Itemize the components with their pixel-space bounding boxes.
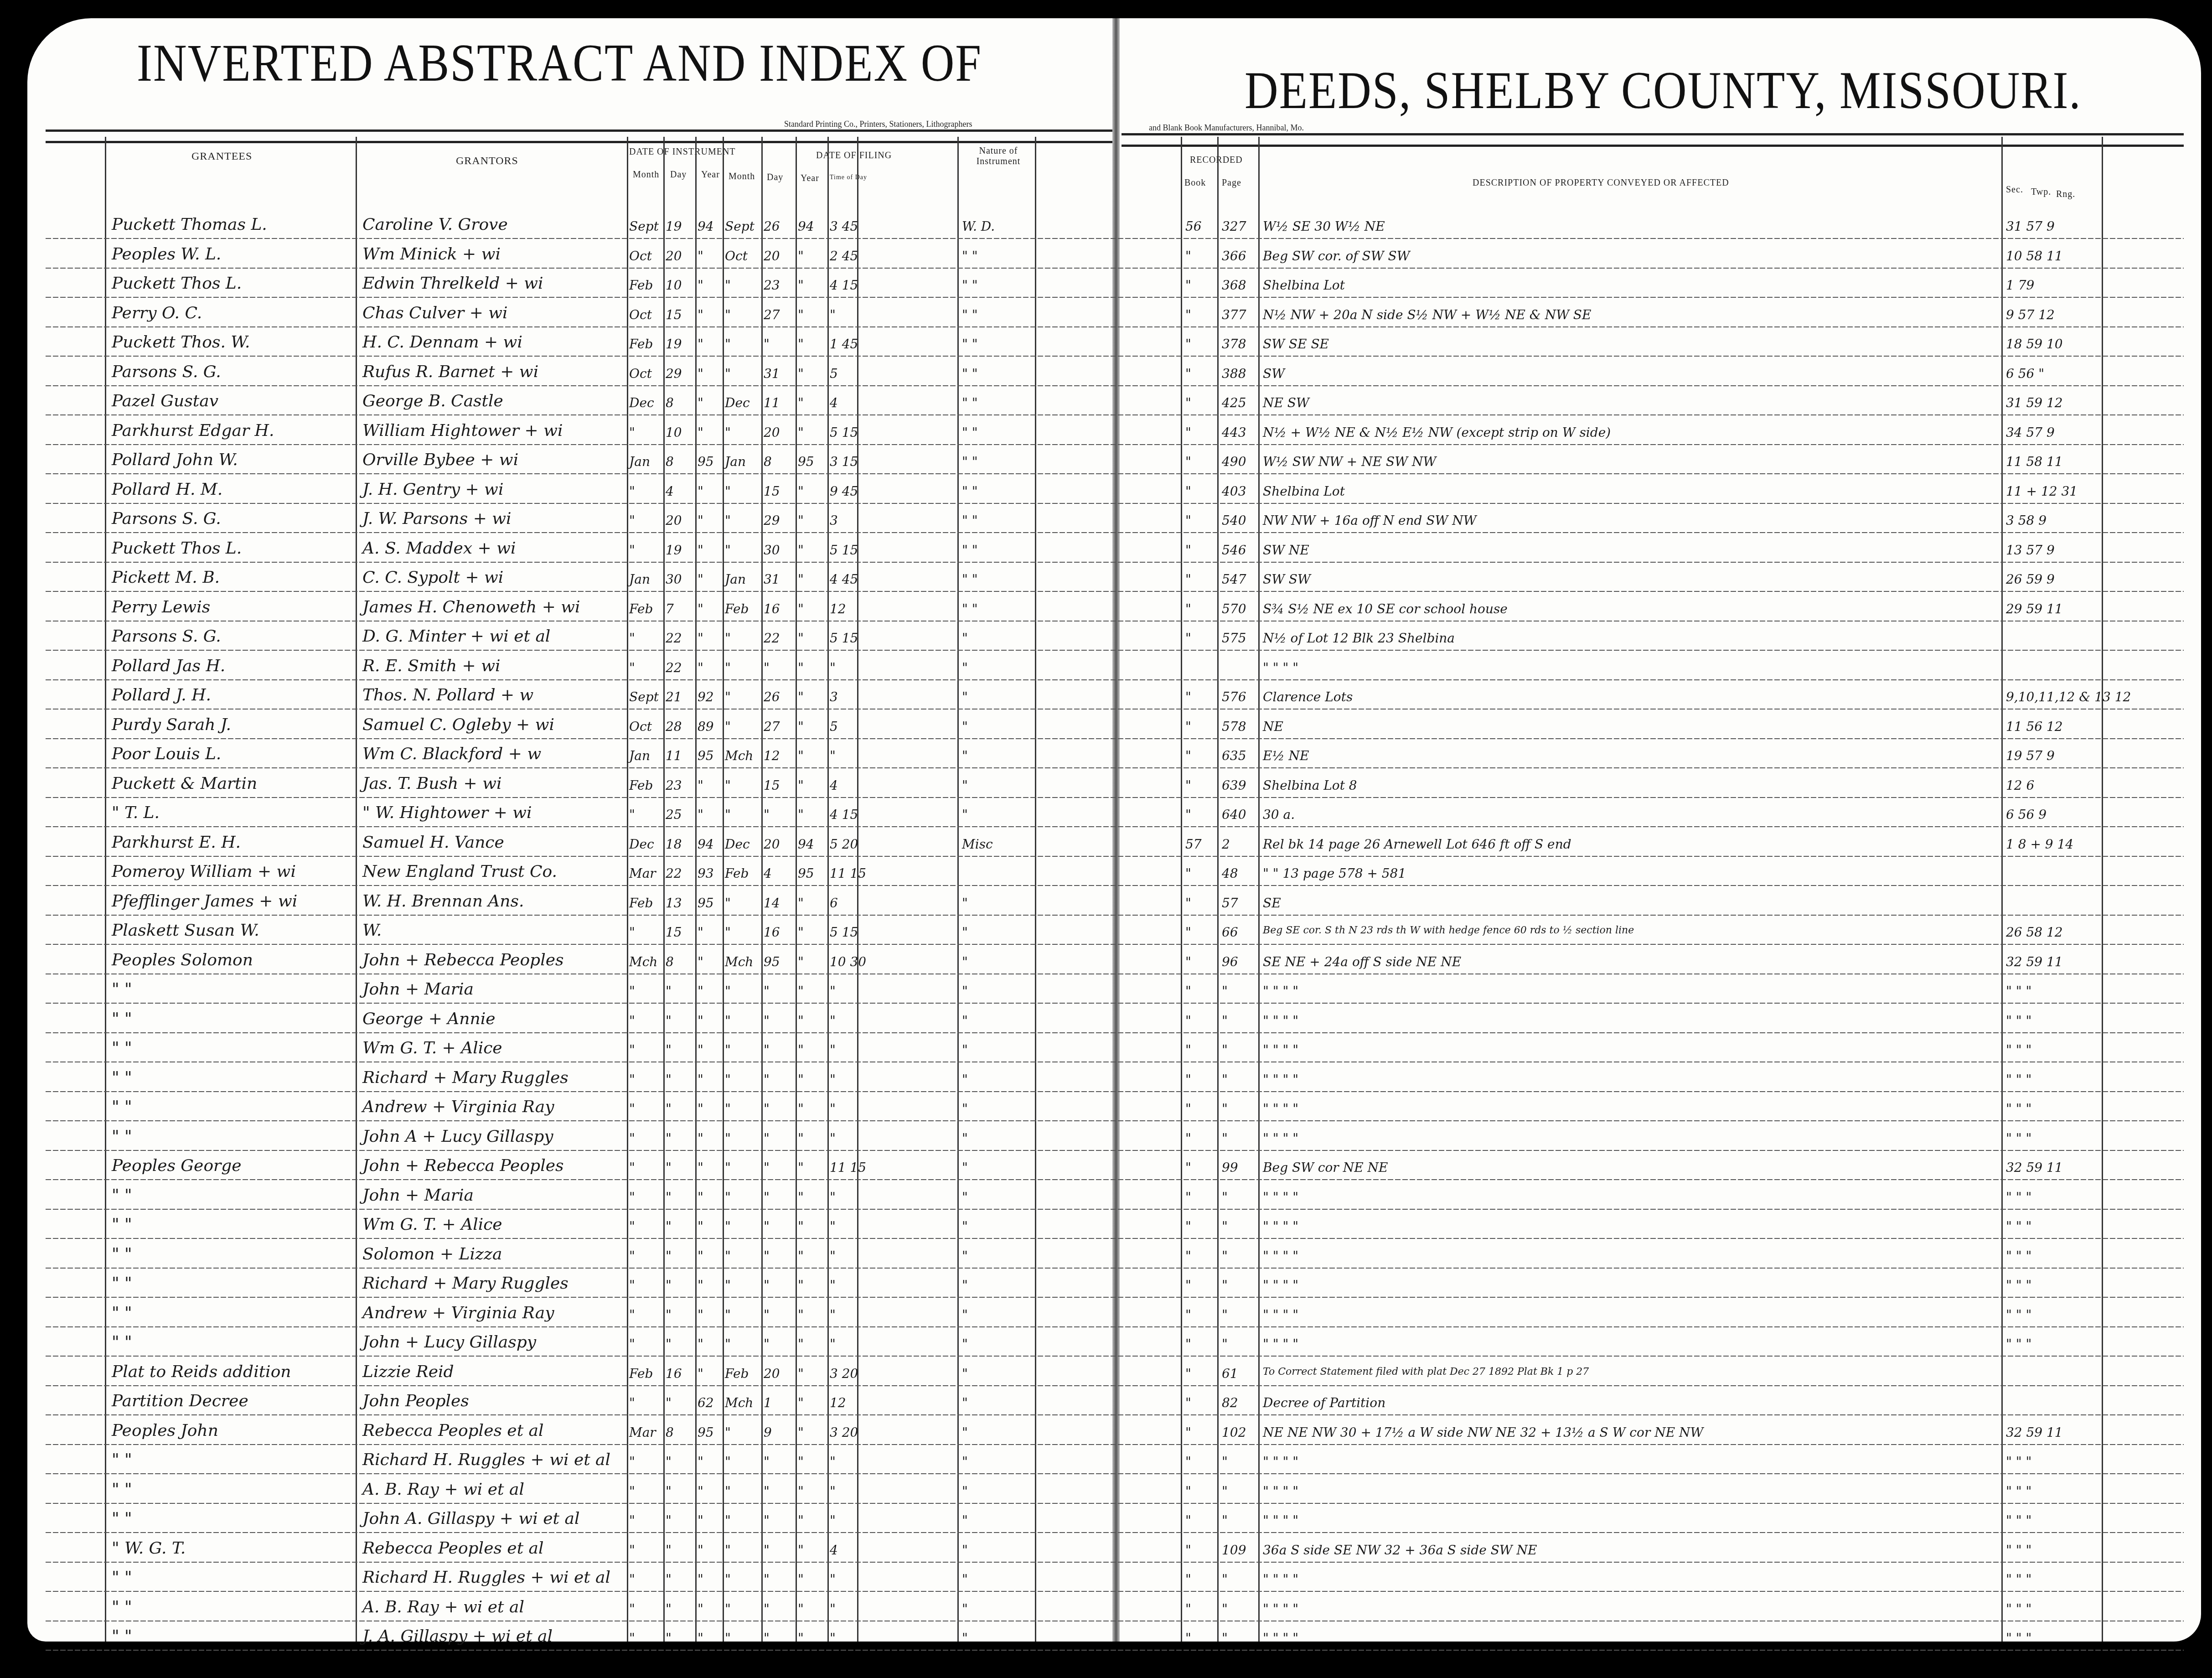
cell-str: 11 58 11 bbox=[2006, 454, 2063, 469]
cell-grantor: Rufus R. Barnet + wi bbox=[362, 363, 538, 381]
cell-grantee: Pollard H. M. bbox=[112, 480, 222, 499]
cell-fd: 20 bbox=[764, 837, 780, 852]
cell-page: 570 bbox=[1222, 601, 1246, 616]
row-rule bbox=[46, 1062, 2184, 1062]
cell-iy: 89 bbox=[698, 719, 714, 734]
cell-time: 1 45 bbox=[830, 337, 858, 352]
cell-id: 19 bbox=[666, 219, 682, 234]
cell-fd: " bbox=[764, 1454, 770, 1469]
row-rule bbox=[46, 738, 2184, 739]
cell-book: " bbox=[1185, 1190, 1191, 1205]
cell-book: " bbox=[1185, 278, 1191, 293]
cell-grantee: Pazel Gustav bbox=[112, 392, 218, 410]
cell-grantee: " " bbox=[112, 1098, 132, 1116]
cell-str: " " " bbox=[2006, 1543, 2031, 1558]
cell-iy: 95 bbox=[698, 454, 714, 469]
cell-grantor: Rebecca Peoples et al bbox=[362, 1539, 544, 1558]
column-divider bbox=[796, 137, 797, 1642]
row-rule bbox=[46, 1268, 2184, 1269]
cell-nature: " bbox=[962, 1543, 968, 1558]
row-rule bbox=[46, 1120, 2184, 1121]
cell-time: " bbox=[830, 1101, 836, 1116]
cell-page: 635 bbox=[1222, 748, 1246, 763]
cell-id: 10 bbox=[666, 425, 682, 440]
cell-page: 443 bbox=[1222, 425, 1246, 440]
cell-str: 9 57 12 bbox=[2006, 307, 2055, 322]
cell-fy: 94 bbox=[798, 219, 814, 234]
cell-fy: " bbox=[798, 395, 804, 410]
row-rule bbox=[46, 944, 2184, 945]
col-header-rng: Rng. bbox=[2056, 189, 2075, 200]
cell-str: 32 59 11 bbox=[2006, 1425, 2063, 1440]
cell-page: " bbox=[1222, 984, 1228, 999]
cell-grantee: " T. L. bbox=[112, 803, 160, 822]
page-title-left: INVERTED ABSTRACT AND INDEX OF bbox=[137, 32, 982, 94]
cell-grantor: Lizzie Reid bbox=[362, 1362, 454, 1381]
cell-fy: " bbox=[798, 1395, 804, 1410]
cell-nature: " " bbox=[962, 601, 978, 616]
cell-id: 22 bbox=[666, 866, 682, 881]
cell-book: " bbox=[1185, 1395, 1191, 1410]
cell-grantor: J. W. Parsons + wi bbox=[362, 509, 512, 528]
cell-grantor: R. E. Smith + wi bbox=[362, 657, 501, 675]
row-rule bbox=[46, 1179, 2184, 1180]
cell-fm: Jan bbox=[725, 572, 746, 587]
cell-im: " bbox=[629, 1454, 635, 1469]
cell-nature: " bbox=[962, 1101, 968, 1116]
cell-str: 18 59 10 bbox=[2006, 337, 2063, 352]
cell-grantor: John Peoples bbox=[362, 1392, 469, 1410]
col-header-inst-day: Day bbox=[670, 170, 687, 180]
cell-book: " bbox=[1185, 454, 1191, 469]
cell-nature: " bbox=[962, 1601, 968, 1616]
cell-nature: " bbox=[962, 954, 968, 969]
cell-page: 82 bbox=[1222, 1395, 1238, 1410]
cell-time: 4 15 bbox=[830, 278, 858, 293]
row-rule bbox=[46, 297, 2184, 298]
cell-fm: " bbox=[725, 984, 731, 999]
cell-id: 11 bbox=[666, 748, 682, 763]
cell-fd: " bbox=[764, 1248, 770, 1264]
cell-fd: 11 bbox=[764, 395, 780, 410]
cell-time: " bbox=[830, 1631, 836, 1646]
cell-fy: " bbox=[798, 1454, 804, 1469]
cell-desc: Rel bk 14 page 26 Arnewell Lot 646 ft of… bbox=[1263, 837, 1571, 852]
cell-nature: " bbox=[962, 1042, 968, 1057]
column-divider bbox=[663, 137, 665, 1642]
cell-nature: " bbox=[962, 1366, 968, 1381]
col-header-file-year: Year bbox=[801, 173, 819, 184]
cell-id: 10 bbox=[666, 278, 682, 293]
cell-nature: " bbox=[962, 807, 968, 822]
column-divider bbox=[761, 137, 763, 1642]
cell-fd: " bbox=[764, 337, 770, 352]
row-rule bbox=[46, 1032, 2184, 1033]
cell-page: 99 bbox=[1222, 1160, 1238, 1175]
cell-fm: " bbox=[725, 1278, 731, 1293]
cell-fm: " bbox=[725, 1601, 731, 1616]
cell-grantor: New England Trust Co. bbox=[362, 862, 557, 881]
row-rule bbox=[46, 974, 2184, 974]
cell-page: " bbox=[1222, 1484, 1228, 1499]
cell-grantee: Pollard J. H. bbox=[112, 686, 211, 704]
cell-id: 30 bbox=[666, 572, 682, 587]
cell-page: " bbox=[1222, 1513, 1228, 1528]
cell-time: " bbox=[830, 1013, 836, 1028]
cell-time: 4 bbox=[830, 395, 838, 410]
cell-id: " bbox=[666, 1013, 672, 1028]
cell-time: 5 15 bbox=[830, 543, 858, 558]
cell-grantee: " " bbox=[112, 1509, 132, 1528]
cell-iy: " bbox=[698, 484, 703, 499]
cell-grantor: Richard H. Ruggles + wi et al bbox=[362, 1568, 610, 1587]
cell-time: 4 15 bbox=[830, 807, 858, 822]
cell-im: Feb bbox=[629, 278, 653, 293]
row-rule bbox=[46, 562, 2184, 563]
cell-id: " bbox=[666, 1190, 672, 1205]
cell-grantor: Richard + Mary Ruggles bbox=[362, 1274, 569, 1293]
col-header-book: Book bbox=[1184, 178, 1206, 188]
cell-str: 31 57 9 bbox=[2006, 219, 2055, 234]
cell-fy: " bbox=[798, 807, 804, 822]
row-rule bbox=[46, 356, 2184, 357]
cell-grantee: Pomeroy William + wi bbox=[112, 862, 296, 881]
cell-grantor: Solomon + Lizza bbox=[362, 1245, 502, 1264]
cell-iy: " bbox=[698, 1336, 703, 1352]
cell-page: 425 bbox=[1222, 395, 1246, 410]
cell-desc: Shelbina Lot bbox=[1263, 484, 1345, 499]
cell-fy: " bbox=[798, 1248, 804, 1264]
cell-str: " " " bbox=[2006, 1454, 2031, 1469]
cell-str: " " " bbox=[2006, 1072, 2031, 1087]
cell-id: 20 bbox=[666, 513, 682, 528]
cell-grantee: Puckett Thos L. bbox=[112, 539, 242, 558]
cell-fm: " bbox=[725, 1013, 731, 1028]
row-rule bbox=[46, 885, 2184, 886]
cell-fy: " bbox=[798, 1072, 804, 1087]
cell-iy: " bbox=[698, 954, 703, 969]
cell-fd: 26 bbox=[764, 689, 780, 704]
row-rule bbox=[46, 826, 2184, 827]
cell-im: Jan bbox=[629, 748, 650, 763]
cell-fd: " bbox=[764, 1336, 770, 1352]
cell-nature: " bbox=[962, 1572, 968, 1587]
cell-grantee: Pickett M. B. bbox=[112, 568, 220, 587]
cell-grantee: Pollard Jas H. bbox=[112, 657, 225, 675]
cell-im: Mar bbox=[629, 866, 656, 881]
col-header-twp: Twp. bbox=[2031, 187, 2051, 197]
cell-fy: " bbox=[798, 1101, 804, 1116]
cell-desc: " " " " bbox=[1263, 984, 1298, 999]
cell-fd: " bbox=[764, 1513, 770, 1528]
cell-id: 15 bbox=[666, 925, 682, 940]
cell-grantor: W. bbox=[362, 921, 382, 940]
row-rule bbox=[46, 767, 2184, 768]
cell-id: 21 bbox=[666, 689, 682, 704]
cell-fd: 20 bbox=[764, 1366, 780, 1381]
cell-time: " bbox=[830, 1278, 836, 1293]
cell-grantee: " " bbox=[112, 1274, 132, 1293]
cell-desc: " " " " bbox=[1263, 1601, 1298, 1616]
cell-fy: 95 bbox=[798, 454, 814, 469]
cell-page: 61 bbox=[1222, 1366, 1238, 1381]
cell-desc: " " " " bbox=[1263, 1072, 1298, 1087]
cell-str: " " " bbox=[2006, 1278, 2031, 1293]
col-header-date-instrument: DATE OF INSTRUMENT bbox=[629, 147, 736, 157]
cell-time: 4 bbox=[830, 1543, 838, 1558]
cell-id: " bbox=[666, 1631, 672, 1646]
row-rule bbox=[46, 385, 2184, 386]
row-rule bbox=[46, 1297, 2184, 1298]
cell-fd: " bbox=[764, 1072, 770, 1087]
cell-book: " bbox=[1185, 748, 1191, 763]
cell-str: " " " bbox=[2006, 1601, 2031, 1616]
cell-grantor: John + Rebecca Peoples bbox=[362, 1156, 563, 1175]
cell-iy: " bbox=[698, 631, 703, 646]
cell-iy: " bbox=[698, 1484, 703, 1499]
cell-fy: " bbox=[798, 1572, 804, 1587]
cell-desc: " " " " bbox=[1263, 1307, 1298, 1322]
column-divider bbox=[2001, 137, 2003, 1642]
cell-nature: " bbox=[962, 1425, 968, 1440]
cell-desc: " " " " bbox=[1263, 660, 1298, 675]
cell-fm: " bbox=[725, 1190, 731, 1205]
cell-fd: 16 bbox=[764, 925, 780, 940]
cell-desc: Clarence Lots bbox=[1263, 689, 1353, 704]
cell-grantor: John + Maria bbox=[362, 980, 474, 999]
cell-grantor: John A. Gillaspy + wi et al bbox=[362, 1509, 579, 1528]
cell-grantee: " W. G. T. bbox=[112, 1539, 186, 1558]
cell-str: " " " bbox=[2006, 1336, 2031, 1352]
cell-desc: W½ SE 30 W½ NE bbox=[1263, 219, 1385, 234]
cell-iy: " bbox=[698, 543, 703, 558]
cell-time: " bbox=[830, 660, 836, 675]
cell-nature: Misc bbox=[962, 837, 993, 852]
cell-id: " bbox=[666, 1248, 672, 1264]
cell-time: " bbox=[830, 1454, 836, 1469]
row-rule bbox=[46, 238, 2184, 239]
cell-fy: " bbox=[798, 1631, 804, 1646]
cell-grantee: " " bbox=[112, 1568, 132, 1587]
cell-iy: 92 bbox=[698, 689, 714, 704]
cell-nature: " bbox=[962, 1278, 968, 1293]
cell-fy: " bbox=[798, 631, 804, 646]
cell-book: " bbox=[1185, 1101, 1191, 1116]
cell-im: Jan bbox=[629, 454, 650, 469]
cell-grantor: A. B. Ray + wi et al bbox=[362, 1598, 524, 1616]
cell-id: " bbox=[666, 1336, 672, 1352]
cell-grantee: Puckett & Martin bbox=[112, 774, 257, 793]
cell-fy: " bbox=[798, 1425, 804, 1440]
cell-fd: " bbox=[764, 1013, 770, 1028]
cell-fd: " bbox=[764, 984, 770, 999]
cell-fy: " bbox=[798, 1131, 804, 1146]
cell-grantor: Jas. T. Bush + wi bbox=[362, 774, 502, 793]
cell-time: 5 bbox=[830, 366, 838, 381]
cell-time: " bbox=[830, 984, 836, 999]
cell-fm: " bbox=[725, 278, 731, 293]
cell-grantor: James H. Chenoweth + wi bbox=[362, 598, 580, 616]
cell-nature: " " bbox=[962, 249, 978, 264]
cell-fm: " bbox=[725, 425, 731, 440]
row-rule bbox=[46, 650, 2184, 651]
row-rule bbox=[46, 1209, 2184, 1210]
row-rule bbox=[46, 1562, 2184, 1563]
cell-fm: " bbox=[725, 719, 731, 734]
col-header-sec: Sec. bbox=[2006, 185, 2023, 195]
col-header-page: Page bbox=[1222, 178, 1241, 188]
cell-fm: " bbox=[725, 484, 731, 499]
cell-nature: " " bbox=[962, 513, 978, 528]
cell-book: " bbox=[1185, 1160, 1191, 1175]
cell-im: Mar bbox=[629, 1425, 656, 1440]
printer-imprint-left: Standard Printing Co., Printers, Station… bbox=[784, 119, 972, 129]
cell-str: 32 59 11 bbox=[2006, 954, 2063, 969]
cell-im: Oct bbox=[629, 307, 652, 322]
cell-fy: " bbox=[798, 1190, 804, 1205]
printer-imprint-right: and Blank Book Manufacturers, Hannibal, … bbox=[1149, 123, 1304, 133]
cell-fd: 22 bbox=[764, 631, 780, 646]
cell-fm: Feb bbox=[725, 866, 749, 881]
cell-fy: " bbox=[798, 307, 804, 322]
cell-str: 9,10,11,12 & 13 12 bbox=[2006, 689, 2131, 704]
cell-grantee: Perry O. C. bbox=[112, 304, 202, 322]
cell-desc: Decree of Partition bbox=[1263, 1395, 1385, 1410]
cell-book: " bbox=[1185, 337, 1191, 352]
cell-im: " bbox=[629, 631, 635, 646]
cell-iy: " bbox=[698, 1160, 703, 1175]
cell-fm: " bbox=[725, 1513, 731, 1528]
cell-nature: " bbox=[962, 689, 968, 704]
cell-im: Feb bbox=[629, 896, 653, 911]
cell-id: " bbox=[666, 1601, 672, 1616]
cell-im: " bbox=[629, 484, 635, 499]
cell-page: 540 bbox=[1222, 513, 1246, 528]
cell-nature: " " bbox=[962, 425, 978, 440]
cell-grantor: Andrew + Virginia Ray bbox=[362, 1304, 554, 1322]
col-header-grantors: GRANTORS bbox=[456, 155, 518, 167]
cell-fd: 20 bbox=[764, 425, 780, 440]
row-rule bbox=[46, 856, 2184, 857]
cell-book: " bbox=[1185, 1248, 1191, 1264]
cell-id: 22 bbox=[666, 660, 682, 675]
cell-im: " bbox=[629, 543, 635, 558]
cell-iy: 62 bbox=[698, 1395, 714, 1410]
cell-grantee: Parkhurst E. H. bbox=[112, 833, 241, 852]
cell-grantor: " W. Hightower + wi bbox=[362, 803, 532, 822]
cell-nature: " " bbox=[962, 484, 978, 499]
cell-time: " bbox=[830, 1484, 836, 1499]
cell-id: " bbox=[666, 984, 672, 999]
cell-book: " bbox=[1185, 395, 1191, 410]
cell-str: 12 6 bbox=[2006, 778, 2034, 793]
cell-grantor: D. G. Minter + wi et al bbox=[362, 627, 550, 646]
cell-fd: 16 bbox=[764, 601, 780, 616]
cell-nature: " bbox=[962, 1248, 968, 1264]
cell-desc: " " " " bbox=[1263, 1042, 1298, 1057]
cell-time: 11 15 bbox=[830, 866, 866, 881]
row-rule bbox=[46, 1532, 2184, 1533]
cell-time: 3 15 bbox=[830, 454, 858, 469]
cell-id: " bbox=[666, 1131, 672, 1146]
cell-im: " bbox=[629, 1013, 635, 1028]
cell-fm: Mch bbox=[725, 748, 753, 763]
cell-fd: " bbox=[764, 1572, 770, 1587]
column-divider bbox=[105, 137, 106, 1642]
cell-id: 8 bbox=[666, 395, 674, 410]
cell-grantor: Chas Culver + wi bbox=[362, 304, 508, 322]
cell-fm: " bbox=[725, 1425, 731, 1440]
cell-nature: " bbox=[962, 1631, 968, 1646]
cell-time: 2 45 bbox=[830, 249, 858, 264]
cell-iy: " bbox=[698, 1454, 703, 1469]
cell-grantor: George B. Castle bbox=[362, 392, 503, 410]
cell-fy: " bbox=[798, 984, 804, 999]
cell-time: " bbox=[830, 1131, 836, 1146]
cell-grantor: George + Annie bbox=[362, 1010, 496, 1028]
row-rule bbox=[46, 503, 2184, 504]
cell-fd: 14 bbox=[764, 896, 780, 911]
cell-str: 6 56 " bbox=[2006, 366, 2044, 381]
cell-grantor: A. S. Maddex + wi bbox=[362, 539, 516, 558]
cell-iy: " bbox=[698, 1072, 703, 1087]
cell-desc: NW NW + 16a off N end SW NW bbox=[1263, 513, 1477, 528]
cell-page: " bbox=[1222, 1042, 1228, 1057]
cell-book: " bbox=[1185, 954, 1191, 969]
cell-fd: " bbox=[764, 1101, 770, 1116]
cell-nature: " bbox=[962, 1395, 968, 1410]
cell-desc: " " " " bbox=[1263, 1101, 1298, 1116]
cell-fm: Dec bbox=[725, 837, 750, 852]
cell-str: " " " bbox=[2006, 1484, 2031, 1499]
cell-book: " bbox=[1185, 1601, 1191, 1616]
cell-time: 5 15 bbox=[830, 925, 858, 940]
cell-book: " bbox=[1185, 484, 1191, 499]
column-divider bbox=[627, 137, 628, 1642]
cell-fd: " bbox=[764, 1484, 770, 1499]
cell-id: 4 bbox=[666, 484, 674, 499]
cell-desc: " " " " bbox=[1263, 1513, 1298, 1528]
cell-fy: " bbox=[798, 601, 804, 616]
cell-iy: 95 bbox=[698, 748, 714, 763]
cell-fm: " bbox=[725, 1543, 731, 1558]
cell-str: 10 58 11 bbox=[2006, 249, 2063, 264]
cell-fd: 1 bbox=[764, 1395, 772, 1410]
cell-fd: " bbox=[764, 1042, 770, 1057]
cell-im: Sept bbox=[629, 219, 659, 234]
col-header-description: DESCRIPTION OF PROPERTY CONVEYED OR AFFE… bbox=[1473, 178, 1729, 188]
cell-fm: " bbox=[725, 1572, 731, 1587]
cell-page: 327 bbox=[1222, 219, 1246, 234]
column-divider bbox=[695, 137, 697, 1642]
cell-fm: " bbox=[725, 807, 731, 822]
cell-desc: S¾ S½ NE ex 10 SE cor school house bbox=[1263, 601, 1508, 616]
cell-fd: 26 bbox=[764, 219, 780, 234]
cell-page: 576 bbox=[1222, 689, 1246, 704]
cell-book: " bbox=[1185, 249, 1191, 264]
cell-time: 12 bbox=[830, 601, 846, 616]
row-rule bbox=[46, 915, 2184, 916]
col-header-file-day: Day bbox=[767, 172, 783, 183]
cell-im: Jan bbox=[629, 572, 650, 587]
cell-book: " bbox=[1185, 866, 1191, 881]
cell-iy: " bbox=[698, 395, 703, 410]
cell-desc: SW SE SE bbox=[1263, 337, 1329, 352]
cell-page: 490 bbox=[1222, 454, 1246, 469]
cell-desc: " " " " bbox=[1263, 1248, 1298, 1264]
cell-fy: 95 bbox=[798, 866, 814, 881]
cell-time: " bbox=[830, 1072, 836, 1087]
